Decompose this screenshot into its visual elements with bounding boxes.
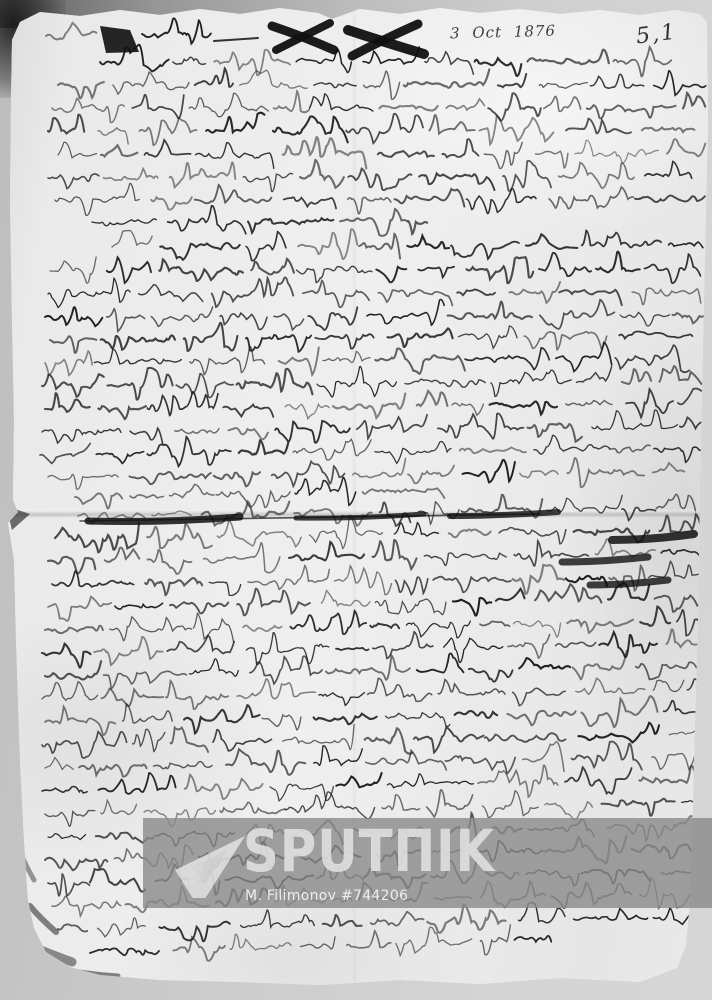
sputnik-logo-text: SPUTПIK (243, 820, 495, 882)
page-number: 5,1 (635, 20, 679, 50)
photo-frame: 3 Oct 1876 5,1 SPUTПIK M. Filimonov #744… (0, 0, 712, 1000)
sputnik-arrow-icon (165, 826, 247, 898)
photographer-credit: M. Filimonov #744206 (245, 888, 408, 904)
date-annotation: 3 Oct 1876 (450, 22, 556, 43)
watermark-banner: SPUTПIK M. Filimonov #744206 (143, 818, 712, 908)
